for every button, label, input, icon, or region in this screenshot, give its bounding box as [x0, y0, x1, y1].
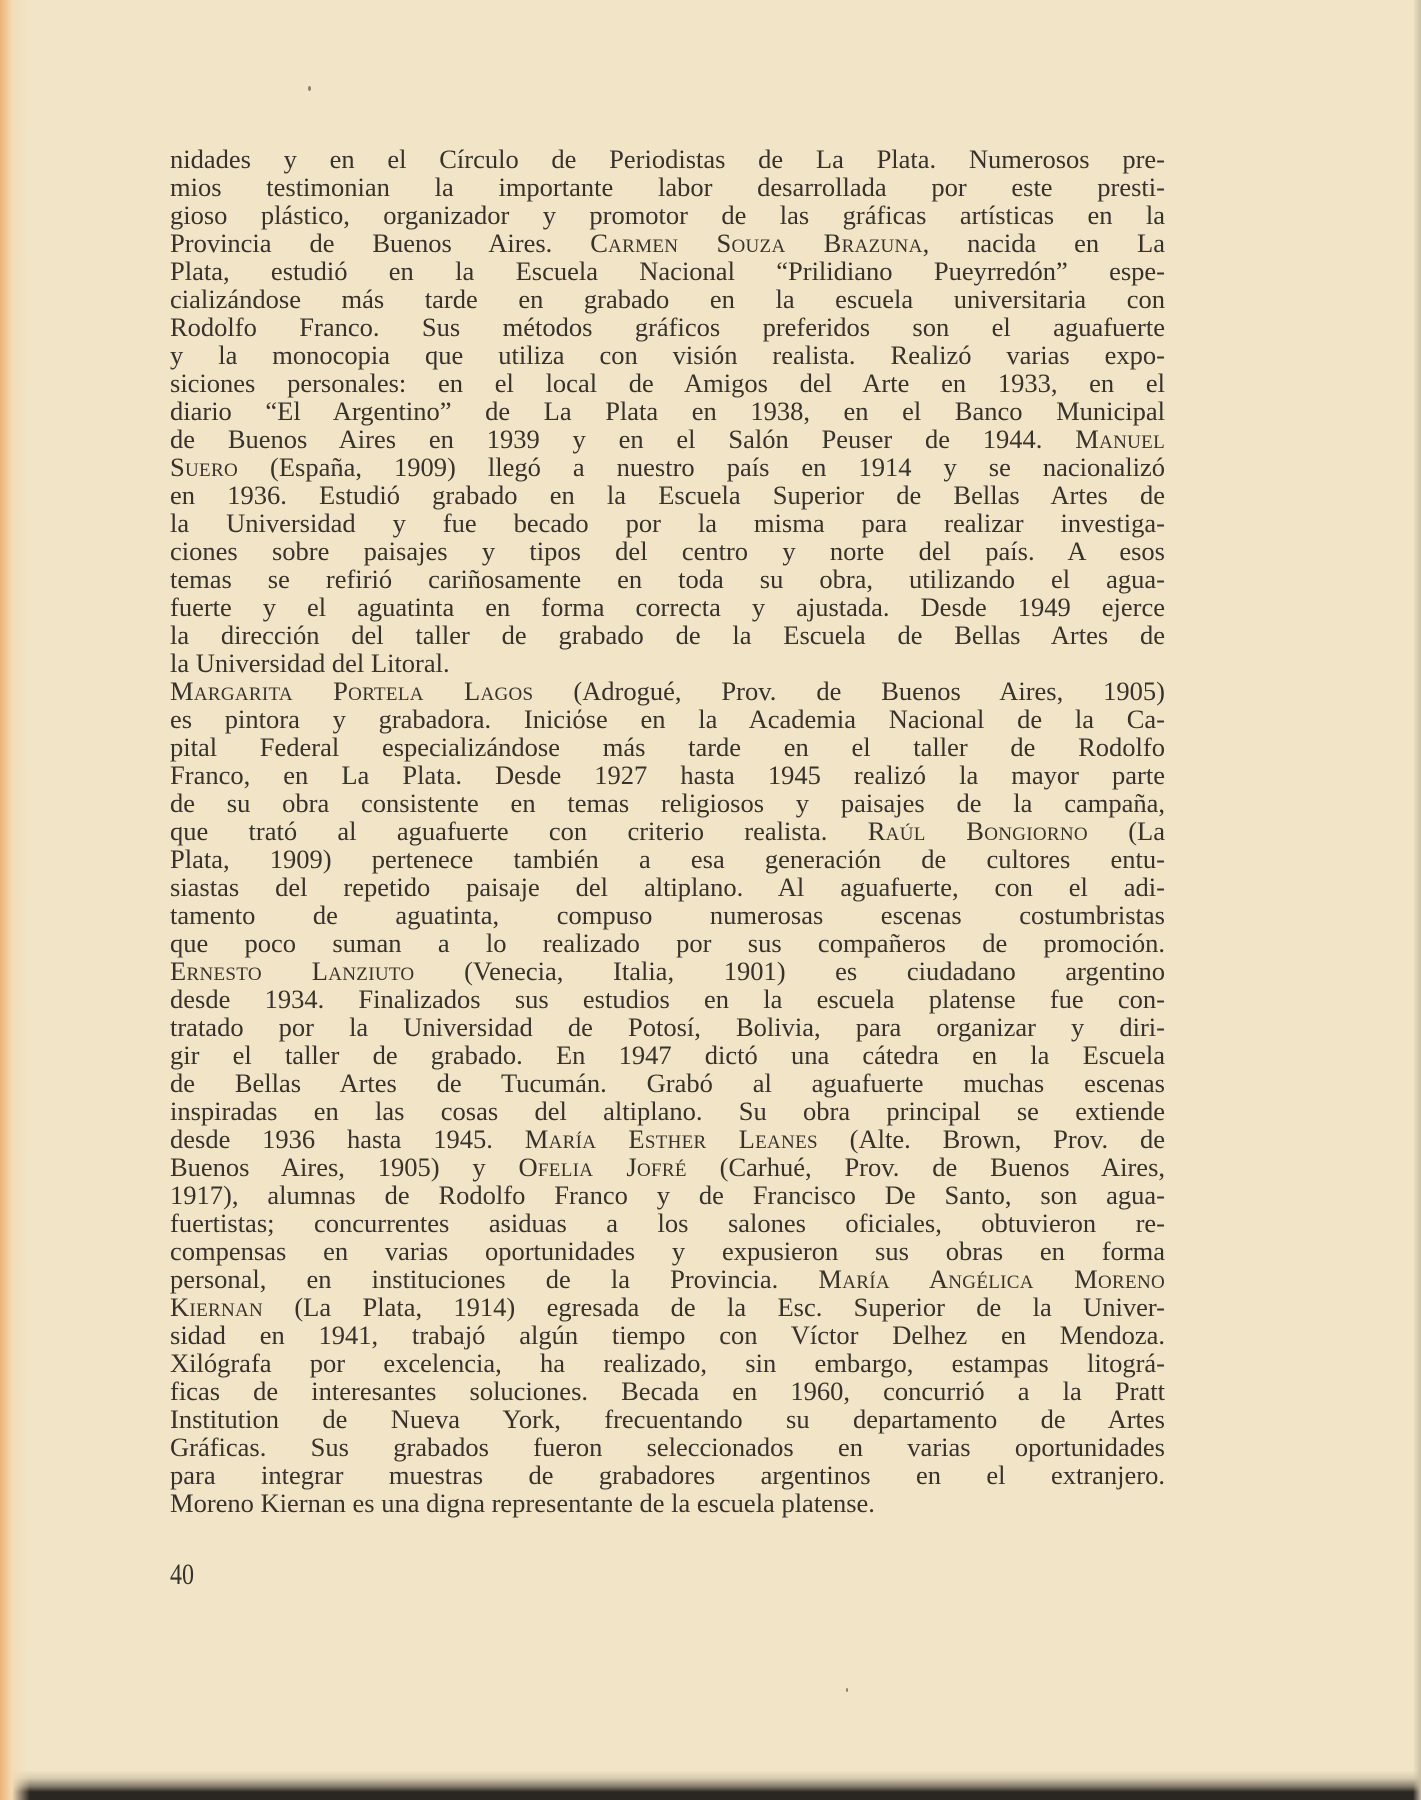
text-line: compensas en varias oportunidades y expu…: [170, 1237, 1165, 1265]
text-segment: Rodolfo Franco. Sus métodos gráficos pre…: [170, 312, 1165, 342]
text-segment: cializándose más tarde en grabado en la …: [170, 284, 1165, 314]
text-segment: (Carhué, Prov. de Buenos Aires,: [687, 1152, 1165, 1182]
text-segment: inspiradas en las cosas del altiplano. S…: [170, 1096, 1165, 1126]
text-line: 1917), alumnas de Rodolfo Franco y de Fr…: [170, 1181, 1165, 1209]
text-segment: compensas en varias oportunidades y expu…: [170, 1236, 1165, 1266]
page-right-edge: [1413, 0, 1421, 1800]
text-line: la Universidad y fue becado por la misma…: [170, 509, 1165, 537]
text-segment: Plata, 1909) pertenece también a esa gen…: [170, 844, 1165, 874]
text-segment: nidades y en el Círculo de Periodistas d…: [170, 144, 1165, 174]
text-segment: Gráficas. Sus grabados fueron selecciona…: [170, 1432, 1165, 1462]
text-segment: siastas del repetido paisaje del altipla…: [170, 872, 1165, 902]
text-line: cializándose más tarde en grabado en la …: [170, 285, 1165, 313]
text-line: y la monocopia que utiliza con visión re…: [170, 341, 1165, 369]
text-segment: en 1936. Estudió grabado en la Escuela S…: [170, 480, 1165, 510]
text-line: Rodolfo Franco. Sus métodos gráficos pre…: [170, 313, 1165, 341]
text-segment: tratado por la Universidad de Potosí, Bo…: [170, 1012, 1165, 1042]
text-line: ciones sobre paisajes y tipos del centro…: [170, 537, 1165, 565]
text-line: Provincia de Buenos Aires. Carmen Souza …: [170, 229, 1165, 257]
artist-name: Suero: [170, 452, 238, 482]
text-line: la dirección del taller de grabado de la…: [170, 621, 1165, 649]
text-line: diario “El Argentino” de La Plata en 193…: [170, 397, 1165, 425]
text-line: Suero (España, 1909) llegó a nuestro paí…: [170, 453, 1165, 481]
artist-name: María Esther Leanes: [525, 1124, 818, 1154]
text-line: nidades y en el Círculo de Periodistas d…: [170, 145, 1165, 173]
artist-name: Manuel: [1075, 424, 1165, 454]
text-line: Xilógrafa por excelencia, ha realizado, …: [170, 1349, 1165, 1377]
text-line: Franco, en La Plata. Desde 1927 hasta 19…: [170, 761, 1165, 789]
text-segment: la Universidad y fue becado por la misma…: [170, 508, 1165, 538]
text-line: que poco suman a lo realizado por sus co…: [170, 929, 1165, 957]
artist-name: Carmen Souza Brazuna: [590, 228, 922, 258]
text-line: Margarita Portela Lagos (Adrogué, Prov. …: [170, 677, 1165, 705]
text-line: mios testimonian la importante labor des…: [170, 173, 1165, 201]
text-line: fuerte y el aguatinta en forma correcta …: [170, 593, 1165, 621]
paper-speck: [846, 1688, 848, 1692]
text-segment: de Buenos Aires en 1939 y en el Salón Pe…: [170, 424, 1075, 454]
text-segment: (La Plata, 1914) egresada de la Esc. Sup…: [263, 1292, 1165, 1322]
text-line: siciones personales: en el local de Amig…: [170, 369, 1165, 397]
text-segment: de su obra consistente en temas religios…: [170, 788, 1165, 818]
text-segment: ciones sobre paisajes y tipos del centro…: [170, 536, 1165, 566]
text-line: inspiradas en las cosas del altiplano. S…: [170, 1097, 1165, 1125]
text-segment: es pintora y grabadora. Iniciόse en la A…: [170, 704, 1165, 734]
text-line: tamento de aguatinta, compuso numerosas …: [170, 901, 1165, 929]
text-segment: gir el taller de grabado. En 1947 dictó …: [170, 1040, 1165, 1070]
artist-name: Ernesto Lanziuto: [170, 956, 414, 986]
text-line: la Universidad del Litoral.: [170, 649, 1165, 677]
text-segment: temas se refirió cariñosamente en toda s…: [170, 564, 1165, 594]
text-segment: desde 1934. Finalizados sus estudios en …: [170, 984, 1165, 1014]
text-segment: Provincia de Buenos Aires.: [170, 228, 590, 258]
text-segment: 1917), alumnas de Rodolfo Franco y de Fr…: [170, 1180, 1165, 1210]
text-segment: desde 1936 hasta 1945.: [170, 1124, 525, 1154]
text-line: pital Federal especializándose más tarde…: [170, 733, 1165, 761]
text-segment: tamento de aguatinta, compuso numerosas …: [170, 900, 1165, 930]
text-line: en 1936. Estudió grabado en la Escuela S…: [170, 481, 1165, 509]
artist-name: Ofelia Jofré: [519, 1152, 687, 1182]
artist-name: Kiernan: [170, 1292, 263, 1322]
text-segment: Plata, estudió en la Escuela Nacional “P…: [170, 256, 1165, 286]
text-line: gir el taller de grabado. En 1947 dictó …: [170, 1041, 1165, 1069]
text-segment: siciones personales: en el local de Amig…: [170, 368, 1165, 398]
text-segment: (La: [1088, 816, 1165, 846]
text-segment: diario “El Argentino” de La Plata en 193…: [170, 396, 1165, 426]
text-segment: (Venecia, Italia, 1901) es ciudadano arg…: [414, 956, 1165, 986]
text-line: de Buenos Aires en 1939 y en el Salón Pe…: [170, 425, 1165, 453]
text-line: de su obra consistente en temas religios…: [170, 789, 1165, 817]
text-segment: Moreno Kiernan es una digna representant…: [170, 1488, 875, 1518]
text-segment: (Alte. Brown, Prov. de: [818, 1124, 1165, 1154]
page-number: 40: [170, 1558, 194, 1592]
text-line: Institution de Nueva York, frecuentando …: [170, 1405, 1165, 1433]
text-segment: personal, en instituciones de la Provinc…: [170, 1264, 818, 1294]
text-line: Gráficas. Sus grabados fueron selecciona…: [170, 1433, 1165, 1461]
text-segment: que poco suman a lo realizado por sus co…: [170, 928, 1165, 958]
text-line: Ernesto Lanziuto (Venecia, Italia, 1901)…: [170, 957, 1165, 985]
text-segment: ficas de interesantes soluciones. Becada…: [170, 1376, 1165, 1406]
paper-speck: [308, 86, 311, 91]
text-line: gioso plástico, organizador y promotor d…: [170, 201, 1165, 229]
text-line: es pintora y grabadora. Iniciόse en la A…: [170, 705, 1165, 733]
text-segment: que trató al aguafuerte con criterio rea…: [170, 816, 868, 846]
text-segment: la Universidad del Litoral.: [170, 648, 450, 678]
text-line: tratado por la Universidad de Potosí, Bo…: [170, 1013, 1165, 1041]
text-line: sidad en 1941, trabajó algún tiempo con …: [170, 1321, 1165, 1349]
text-line: fuertistas; concurrentes asiduas a los s…: [170, 1209, 1165, 1237]
text-line: desde 1934. Finalizados sus estudios en …: [170, 985, 1165, 1013]
text-segment: y la monocopia que utiliza con visión re…: [170, 340, 1165, 370]
text-line: desde 1936 hasta 1945. María Esther Lean…: [170, 1125, 1165, 1153]
text-segment: la dirección del taller de grabado de la…: [170, 620, 1165, 650]
text-line: Moreno Kiernan es una digna representant…: [170, 1489, 1165, 1517]
text-segment: sidad en 1941, trabajó algún tiempo con …: [170, 1320, 1165, 1350]
text-segment: Xilógrafa por excelencia, ha realizado, …: [170, 1348, 1165, 1378]
text-segment: mios testimonian la importante labor des…: [170, 172, 1165, 202]
text-line: Plata, 1909) pertenece también a esa gen…: [170, 845, 1165, 873]
text-line: ficas de interesantes soluciones. Becada…: [170, 1377, 1165, 1405]
text-segment: (España, 1909) llegó a nuestro país en 1…: [238, 452, 1165, 482]
body-text: nidades y en el Círculo de Periodistas d…: [170, 145, 1165, 1517]
text-segment: fuerte y el aguatinta en forma correcta …: [170, 592, 1165, 622]
text-segment: pital Federal especializándose más tarde…: [170, 732, 1165, 762]
text-line: Kiernan (La Plata, 1914) egresada de la …: [170, 1293, 1165, 1321]
text-line: temas se refirió cariñosamente en toda s…: [170, 565, 1165, 593]
text-segment: para integrar muestras de grabadores arg…: [170, 1460, 1165, 1490]
text-line: Buenos Aires, 1905) y Ofelia Jofré (Carh…: [170, 1153, 1165, 1181]
text-segment: gioso plástico, organizador y promotor d…: [170, 200, 1165, 230]
text-segment: Franco, en La Plata. Desde 1927 hasta 19…: [170, 760, 1165, 790]
text-segment: Institution de Nueva York, frecuentando …: [170, 1404, 1165, 1434]
artist-name: Margarita Portela Lagos: [170, 676, 533, 706]
text-line: siastas del repetido paisaje del altipla…: [170, 873, 1165, 901]
text-line: para integrar muestras de grabadores arg…: [170, 1461, 1165, 1489]
text-segment: de Bellas Artes de Tucumán. Grabó al agu…: [170, 1068, 1165, 1098]
text-line: que trató al aguafuerte con criterio rea…: [170, 817, 1165, 845]
artist-name: María Angélica Moreno: [818, 1264, 1165, 1294]
artist-name: Raúl Bongiorno: [868, 816, 1088, 846]
text-line: Plata, estudió en la Escuela Nacional “P…: [170, 257, 1165, 285]
text-segment: (Adrogué, Prov. de Buenos Aires, 1905): [533, 676, 1165, 706]
text-segment: fuertistas; concurrentes asiduas a los s…: [170, 1208, 1165, 1238]
text-line: de Bellas Artes de Tucumán. Grabó al agu…: [170, 1069, 1165, 1097]
text-line: personal, en instituciones de la Provinc…: [170, 1265, 1165, 1293]
text-segment: Buenos Aires, 1905) y: [170, 1152, 519, 1182]
text-segment: , nacida en La: [923, 228, 1165, 258]
